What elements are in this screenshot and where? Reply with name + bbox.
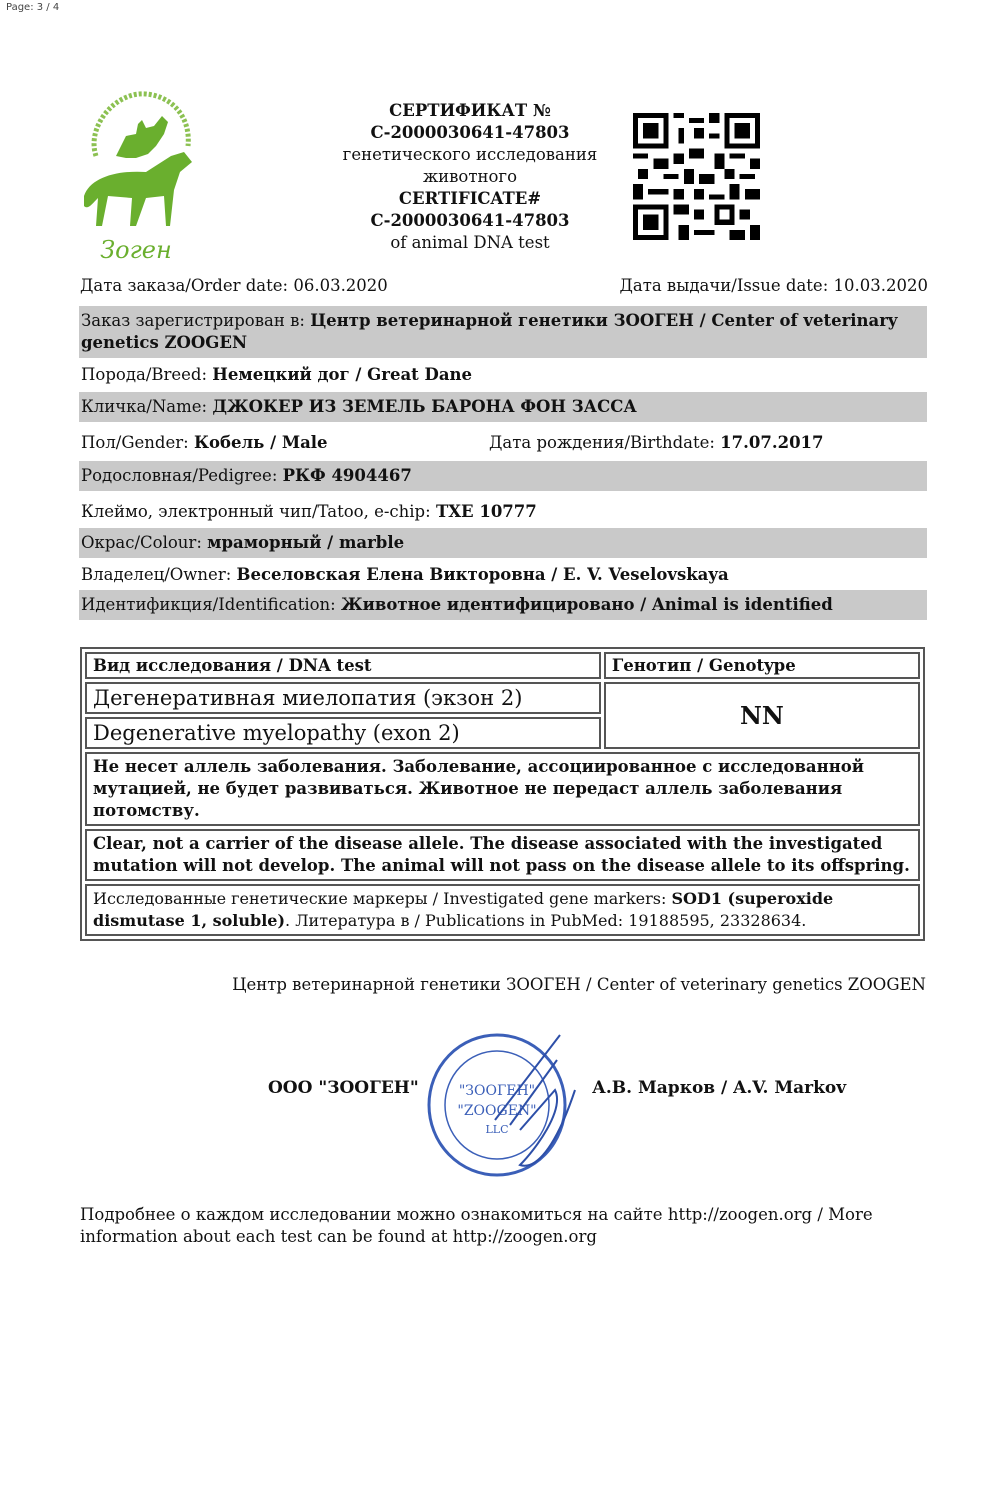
svg-text:"ЗООГЕН": "ЗООГЕН" — [459, 1083, 535, 1099]
col-dna-test: Вид исследования / DNA test — [85, 652, 601, 679]
certificate-title: СЕРТИФИКАТ № C-2000030641-47803 генетиче… — [320, 100, 620, 254]
footer-info: Подробнее о каждом исследовании можно оз… — [80, 1204, 900, 1248]
genotype-value: NN — [604, 682, 920, 749]
registered-at: Заказ зарегистрирован в: Центр ветеринар… — [79, 306, 927, 358]
subtitle-ru-2: животного — [320, 166, 620, 188]
animal-name: Кличка/Name: ДЖОКЕР ИЗ ЗЕМЕЛЬ БАРОНА ФОН… — [79, 392, 927, 422]
certificate-number-ru: C-2000030641-47803 — [320, 122, 620, 144]
owner: Владелец/Owner: Веселовская Елена Виктор… — [79, 560, 927, 590]
gender-birthdate: Пол/Gender: Кобель / Male Дата рождения/… — [79, 428, 927, 458]
test-name-en: Degenerative myelopathy (exon 2) — [85, 717, 601, 749]
certificate-number-en: C-2000030641-47803 — [320, 210, 620, 232]
svg-text:LLC: LLC — [485, 1123, 508, 1136]
center-name: Центр ветеринарной генетики ЗООГЕН / Cen… — [232, 975, 926, 994]
issue-date: Дата выдачи/Issue date: 10.03.2020 — [619, 276, 928, 295]
company-name: ООО "ЗООГЕН" — [268, 1078, 419, 1098]
qr-code-icon[interactable] — [633, 113, 760, 240]
breed: Порода/Breed: Немецкий дог / Great Dane — [79, 360, 927, 390]
signer-name: А.В. Марков / A.V. Markov — [592, 1078, 846, 1098]
dna-test-table: Вид исследования / DNA test Генотип / Ge… — [80, 647, 925, 941]
gene-markers: Исследованные генетические маркеры / Inv… — [85, 884, 920, 936]
title-en: CERTIFICATE# — [320, 188, 620, 210]
company-stamp-icon: "ЗООГЕН" "ZOOGEN" LLC — [425, 1030, 585, 1180]
subtitle-ru-1: генетического исследования — [320, 144, 620, 166]
chip: Клеймо, электронный чип/Tatoo, e-chip: T… — [79, 497, 927, 527]
result-en: Clear, not a carrier of the disease alle… — [85, 829, 920, 881]
test-name-ru: Дегенеративная миелопатия (экзон 2) — [85, 682, 601, 714]
dates-row: Дата заказа/Order date: 06.03.2020 Дата … — [80, 276, 928, 295]
colour: Окрас/Colour: мраморный / marble — [79, 528, 927, 558]
svg-text:Зоген: Зоген — [100, 236, 172, 264]
subtitle-en: of animal DNA test — [320, 232, 620, 254]
result-ru: Не несет аллель заболевания. Заболевание… — [85, 752, 920, 826]
title-ru: СЕРТИФИКАТ № — [320, 100, 620, 122]
col-genotype: Генотип / Genotype — [604, 652, 920, 679]
zoogen-horse-logo-icon: Зоген — [76, 86, 196, 266]
pedigree: Родословная/Pedigree: РКФ 4904467 — [79, 461, 927, 491]
page-indicator: Page: 3 / 4 — [6, 2, 59, 13]
identification: Идентификция/Identification: Животное ид… — [79, 590, 927, 620]
order-date: Дата заказа/Order date: 06.03.2020 — [80, 276, 388, 295]
